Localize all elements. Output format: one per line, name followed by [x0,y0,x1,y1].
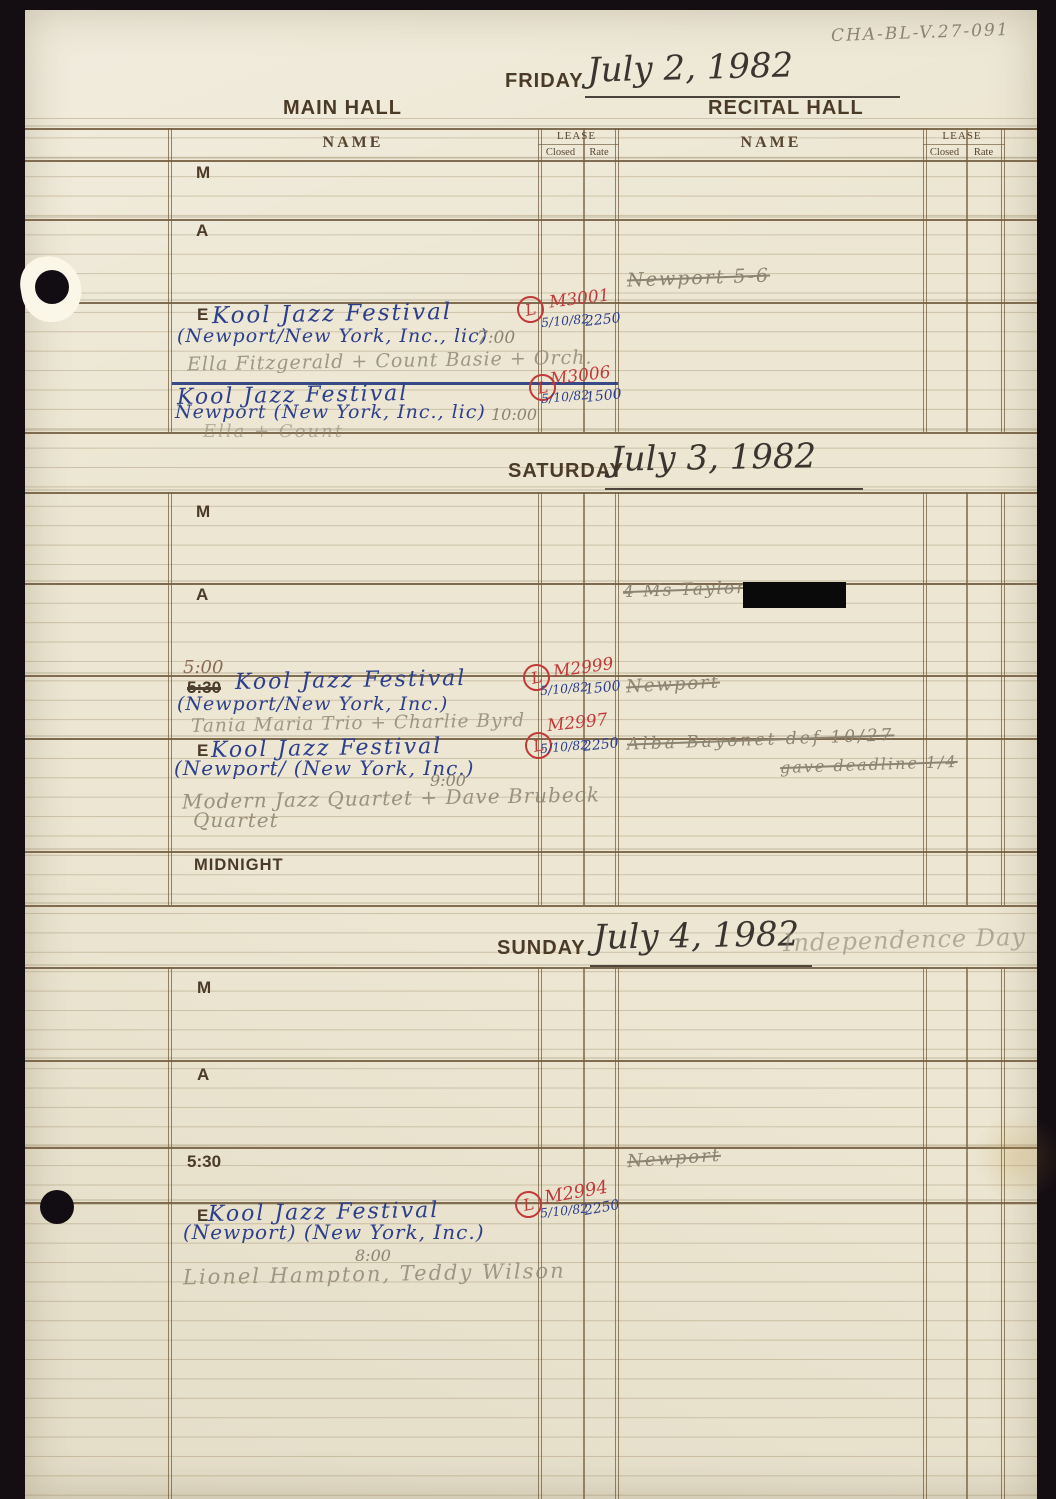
sunday-day-label: SUNDAY [497,937,586,960]
recital-hall-heading: RECITAL HALL [708,97,864,120]
friday-row-m: M [196,163,210,183]
friday-entry1-time: 7:00 [477,328,515,348]
column-line [1001,128,1005,432]
line [25,219,1037,221]
sunday-row-530: 5:30 [187,1152,221,1172]
sunday-row-a: A [197,1065,209,1085]
line [25,905,1037,907]
column-line [615,967,619,1499]
line [25,432,1037,434]
column-line [538,492,542,905]
column-line [583,492,585,905]
friday-row-e: E [197,305,208,325]
main-hall-heading: MAIN HALL [283,97,402,120]
line [538,144,619,145]
saturday-day-label: SATURDAY [508,460,624,483]
friday-entry2-org: Newport (New York, Inc., lic) [175,401,486,423]
line [25,967,1037,969]
saturday-entry2-artists2: Quartet [193,808,279,832]
main-name-header: NAME [168,134,538,152]
column-line [923,967,927,1499]
saturday-row-midnight: MIDNIGHT [194,856,284,875]
punch-hole-bottom [40,1190,74,1224]
column-line [583,967,585,1499]
saturday-revised-time: 5:00 [183,657,223,678]
line [25,128,1037,130]
recital-lease-header: LEASE [923,130,1001,142]
column-line [538,967,542,1499]
friday-entry2-artists: Ella + Count [203,421,344,442]
column-line [1001,492,1005,905]
column-line [168,492,172,905]
line [25,583,1037,585]
archive-code: CHA-BL-V.27-091 [831,20,1010,46]
column-line [168,128,172,432]
sunday-row-m: M [197,978,211,998]
saturday-date-underline [605,488,863,490]
friday-day-label: FRIDAY [505,70,584,93]
column-line [966,492,968,905]
saturday-row-m: M [196,502,210,522]
saturday-date-handwritten: July 3, 1982 [610,436,817,480]
friday-entry2-time: 10:00 [491,405,537,424]
main-lease-header: LEASE [538,130,615,142]
column-line [615,492,619,905]
saturday-entry1-title: Kool Jazz Festival [235,666,467,695]
redaction-box [743,582,846,608]
line [25,160,1037,162]
main-closed-header: Closed [538,147,583,158]
friday-row-a: A [196,221,208,241]
recital-closed-header: Closed [923,147,966,158]
line [923,144,1005,145]
column-line [168,967,172,1499]
column-line [966,967,968,1499]
recital-rate-header: Rate [966,147,1001,158]
line [25,851,1037,853]
column-line [966,128,968,432]
saturday-row-a: A [196,585,208,605]
column-line [923,492,927,905]
line [25,1147,1037,1149]
recital-name-header: NAME [619,134,923,152]
column-line [1001,967,1005,1499]
column-line [923,128,927,432]
main-rate-header: Rate [583,147,615,158]
paper-stain [970,1115,1056,1200]
sunday-date-handwritten: July 4, 1982 [593,914,800,958]
ledger-page: CHA-BL-V.27-091 FRIDAY July 2, 1982 MAIN… [25,10,1037,1499]
friday-date-handwritten: July 2, 1982 [587,45,794,90]
sunday-entry1-org: (Newport) (New York, Inc.) [183,1220,485,1244]
line [25,492,1037,494]
punch-hole-top [35,270,69,304]
line [25,1060,1037,1062]
friday-entry1-org: (Newport/New York, Inc., lic) [177,325,488,347]
